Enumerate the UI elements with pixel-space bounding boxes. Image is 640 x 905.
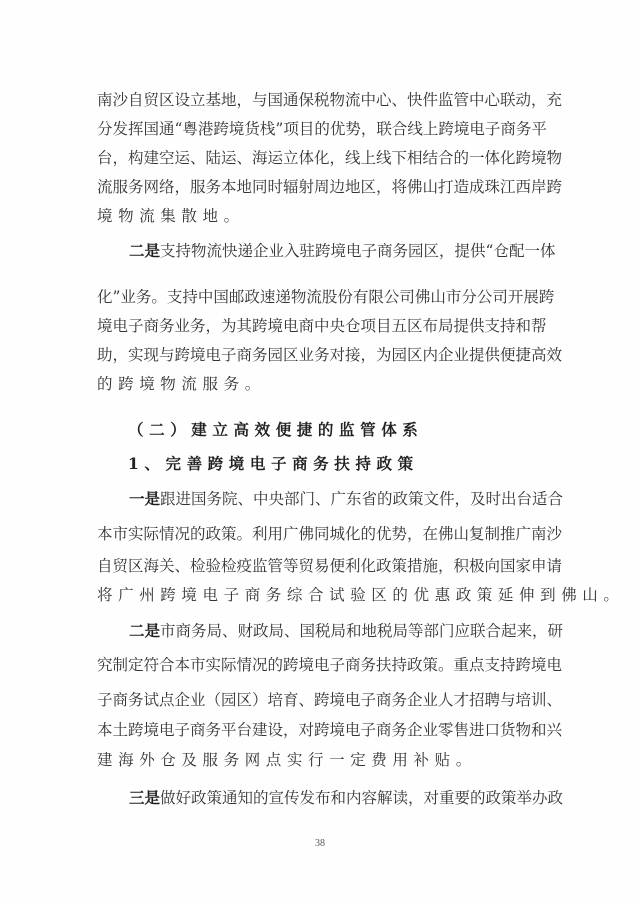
body-line: 化”业务。支持中国邮政速递物流股份有限公司佛山市分公司开展跨	[97, 286, 543, 308]
document-page: 南沙自贸区设立基地，与国通保税物流中心、快件监管中心联动，充 分发挥国通“粤港跨…	[0, 0, 640, 905]
body-line: 境电子商务业务，为其跨境电商中央仓项目五区布局提供支持和帮	[97, 315, 543, 337]
body-line: 本市实际情况的政策。利用广佛同城化的优势，在佛山复制推广南沙	[97, 523, 543, 545]
body-line: 子商务试点企业（园区）培育、跨境电子商务企业人才招聘与培训、	[97, 689, 543, 711]
body-line: 流服务网络，服务本地同时辐射周边地区，将佛山打造成珠江西岸跨	[97, 176, 543, 198]
page-number: 38	[0, 838, 640, 849]
paragraph-first-line: 三是做好政策通知的宣传发布和内容解读，对重要的政策举办政	[129, 787, 543, 809]
paragraph-first-line: 二是支持物流快递企业入驻跨境电子商务园区，提供“仓配一体	[129, 240, 543, 262]
section-heading: （二）建立高效便捷的监管体系	[128, 419, 542, 441]
paragraph-lead: 二是	[129, 241, 160, 260]
paragraph-text: 支持物流快递企业入驻跨境电子商务园区，提供“仓配一体	[160, 242, 555, 260]
body-line: 的跨境物流服务。	[97, 373, 543, 395]
paragraph-text: 市商务局、财政局、国税局和地税局等部门应联合起来，研	[160, 622, 563, 640]
body-line: 台，构建空运、陆运、海运立体化，线上线下相结合的一体化跨境物	[97, 147, 543, 169]
paragraph-first-line: 一是跟进国务院、中央部门、广东省的政策文件，及时出台适合	[129, 488, 543, 510]
body-line: 究制定符合本市实际情况的跨境电子商务扶持政策。重点支持跨境电	[97, 654, 543, 676]
paragraph-lead: 三是	[129, 788, 160, 807]
body-line: 助，实现与跨境电子商务园区业务对接，为园区内企业提供便捷高效	[97, 344, 543, 366]
body-line: 自贸区海关、检验检疫监管等贸易便利化政策措施，积极向国家申请	[97, 555, 543, 577]
paragraph-text: 跟进国务院、中央部门、广东省的政策文件，及时出台适合	[160, 490, 563, 508]
paragraph-lead: 二是	[129, 621, 160, 640]
paragraph-first-line: 二是市商务局、财政局、国税局和地税局等部门应联合起来，研	[129, 620, 543, 642]
paragraph-lead: 一是	[129, 489, 160, 508]
body-line: 分发挥国通“粤港跨境货栈”项目的优势，联合线上跨境电子商务平	[97, 118, 543, 140]
body-line: 将广州跨境电子商务综合试验区的优惠政策延伸到佛山。	[97, 584, 543, 606]
subsection-heading: 1、完善跨境电子商务扶持政策	[128, 453, 542, 475]
body-line: 建海外仓及服务网点实行一定费用补贴。	[97, 749, 543, 771]
paragraph-text: 做好政策通知的宣传发布和内容解读，对重要的政策举办政	[160, 789, 563, 807]
body-line: 境物流集散地。	[97, 205, 543, 227]
body-line: 南沙自贸区设立基地，与国通保税物流中心、快件监管中心联动，充	[97, 89, 543, 111]
body-line: 本土跨境电子商务平台建设，对跨境电子商务企业零售进口货物和兴	[97, 719, 543, 741]
